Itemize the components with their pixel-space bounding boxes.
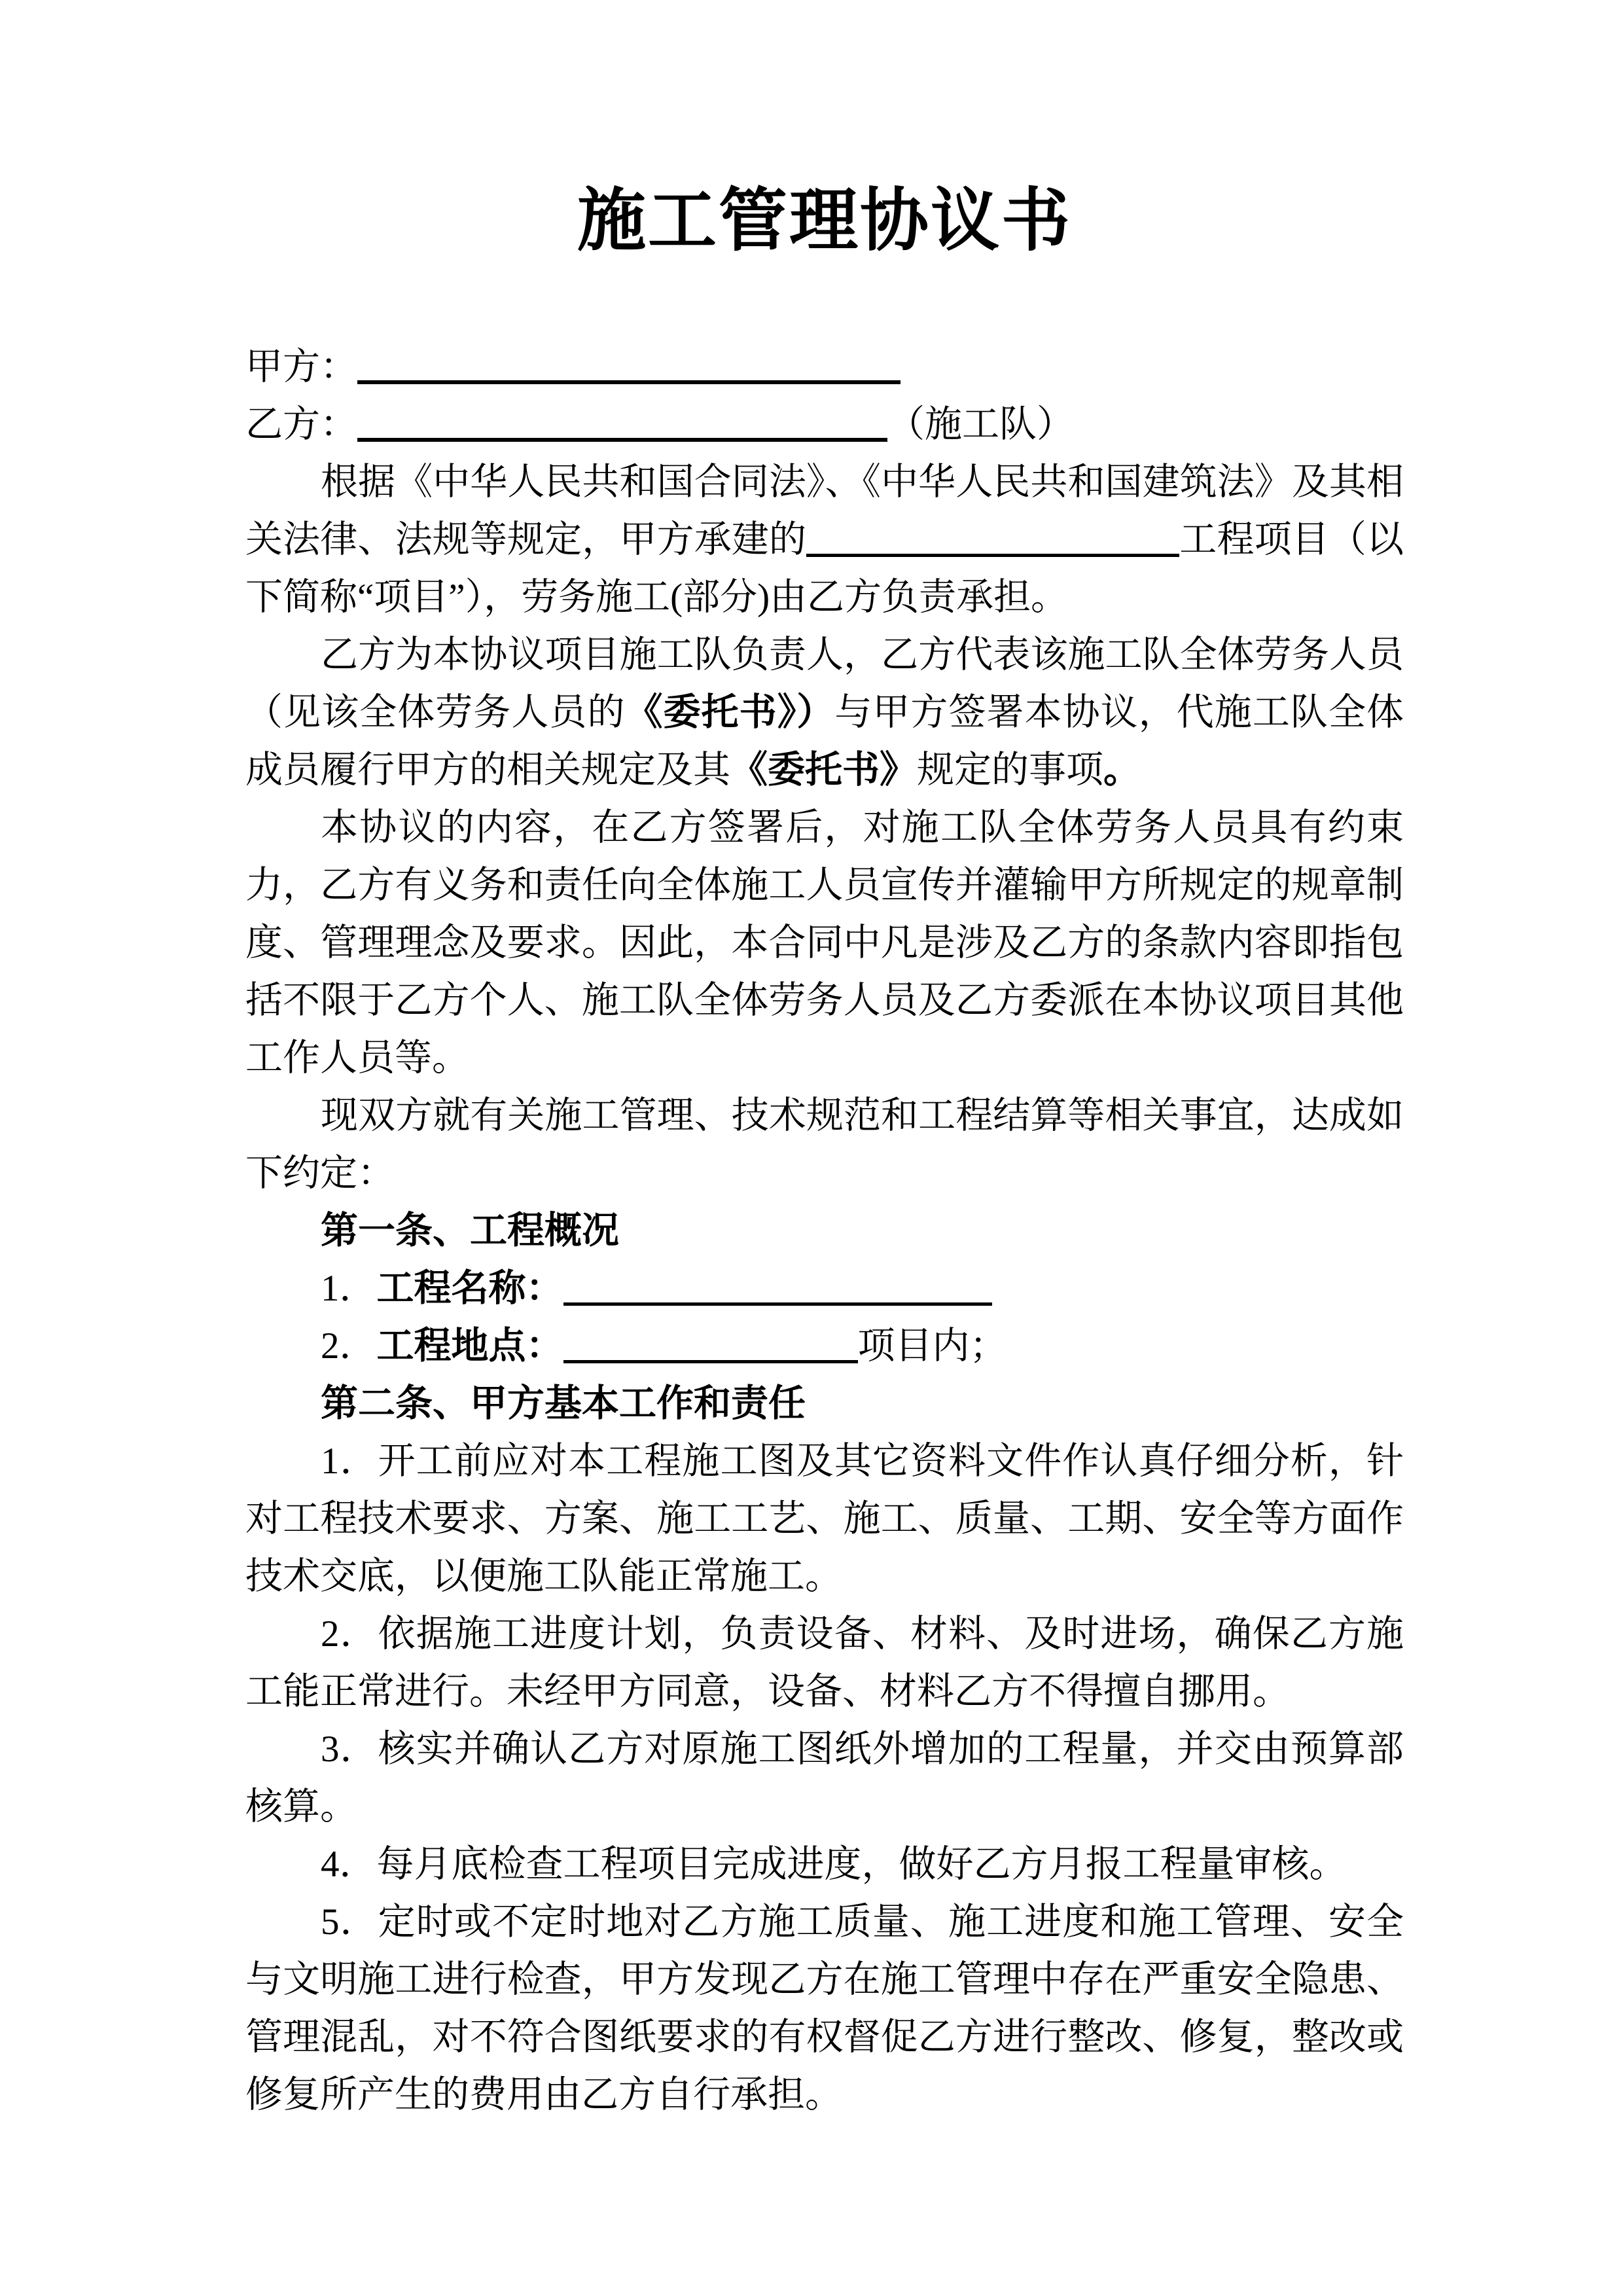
fill-in-blank bbox=[563, 1302, 992, 1306]
field-row: 甲方： bbox=[245, 338, 1404, 396]
text-segment: 现双方就有关施工管理、技术规范和工程结算等相关事宜，达成如下约定： bbox=[245, 1095, 1404, 1194]
text-segment: 项目内； bbox=[858, 1325, 1007, 1367]
paragraph: 1．开工前应对本工程施工图及其它资料文件作认真仔细分析，针对工程技术要求、方案、… bbox=[245, 1433, 1404, 1605]
paragraph: 乙方为本协议项目施工队负责人，乙方代表该施工队全体劳务人员（见该全体劳务人员的《… bbox=[245, 626, 1404, 799]
text-segment: 规定的事项 bbox=[917, 749, 1103, 791]
bold-text-segment: 《委托书》） bbox=[626, 692, 835, 733]
section-heading: 第二条、甲方基本工作和责任 bbox=[245, 1375, 1404, 1433]
bold-text-segment: 第一条、工程概况 bbox=[321, 1210, 619, 1251]
text-segment: （施工队） bbox=[887, 404, 1074, 445]
paragraph: 3．核实并确认乙方对原施工图纸外增加的工程量，并交由预算部核算。 bbox=[245, 1721, 1404, 1836]
field-row: 乙方：（施工队） bbox=[245, 396, 1404, 454]
bold-text-segment: 工程名称： bbox=[377, 1268, 563, 1309]
text-segment: 1．开工前应对本工程施工图及其它资料文件作认真仔细分析，针对工程技术要求、方案、… bbox=[245, 1441, 1404, 1597]
fill-in-blank bbox=[357, 380, 901, 384]
paragraph: 根据《中华人民共和国合同法》、《中华人民共和国建筑法》及其相关法律、法规等规定，… bbox=[245, 454, 1404, 626]
paragraph: 本协议的内容，在乙方签署后，对施工队全体劳务人员具有约束力，乙方有义务和责任向全… bbox=[245, 799, 1404, 1087]
text-segment: 2． bbox=[321, 1325, 377, 1367]
text-segment: 甲方： bbox=[245, 346, 357, 387]
text-segment: 乙方： bbox=[245, 404, 357, 445]
document-page: 施工管理协议书 甲方：乙方：（施工队）根据《中华人民共和国合同法》、《中华人民共… bbox=[0, 0, 1623, 2296]
paragraph: 2．依据施工进度计划，负责设备、材料、及时进场，确保乙方施工能正常进行。未经甲方… bbox=[245, 1605, 1404, 1721]
section-heading: 第一条、工程概况 bbox=[245, 1202, 1404, 1260]
text-segment: 2．依据施工进度计划，负责设备、材料、及时进场，确保乙方施工能正常进行。未经甲方… bbox=[245, 1613, 1404, 1712]
bold-text-segment: 。 bbox=[1103, 749, 1141, 791]
fill-in-blank bbox=[563, 1360, 858, 1363]
document-body: 甲方：乙方：（施工队）根据《中华人民共和国合同法》、《中华人民共和国建筑法》及其… bbox=[245, 338, 1404, 2124]
document-title: 施工管理协议书 bbox=[245, 182, 1404, 261]
bold-text-segment: 《委托书》 bbox=[730, 749, 917, 791]
fill-in-blank bbox=[357, 438, 887, 442]
list-item: 1．工程名称： bbox=[245, 1260, 1404, 1318]
bold-text-segment: 第二条、甲方基本工作和责任 bbox=[321, 1383, 806, 1424]
text-segment: 4．每月底检查工程项目完成进度，做好乙方月报工程量审核。 bbox=[321, 1844, 1347, 1885]
paragraph: 4．每月底检查工程项目完成进度，做好乙方月报工程量审核。 bbox=[245, 1836, 1404, 1893]
text-segment: 3．核实并确认乙方对原施工图纸外增加的工程量，并交由预算部核算。 bbox=[245, 1729, 1404, 1827]
bold-text-segment: 工程地点： bbox=[377, 1325, 563, 1367]
paragraph: 现双方就有关施工管理、技术规范和工程结算等相关事宜，达成如下约定： bbox=[245, 1087, 1404, 1202]
paragraph: 5．定时或不定时地对乙方施工质量、施工进度和施工管理、安全与文明施工进行检查，甲… bbox=[245, 1893, 1404, 2124]
text-segment: 5．定时或不定时地对乙方施工质量、施工进度和施工管理、安全与文明施工进行检查，甲… bbox=[245, 1901, 1404, 2115]
text-segment: 1． bbox=[321, 1268, 377, 1309]
text-segment: 本协议的内容，在乙方签署后，对施工队全体劳务人员具有约束力，乙方有义务和责任向全… bbox=[245, 807, 1404, 1079]
fill-in-blank bbox=[806, 554, 1179, 557]
list-item: 2．工程地点：项目内； bbox=[245, 1318, 1404, 1375]
